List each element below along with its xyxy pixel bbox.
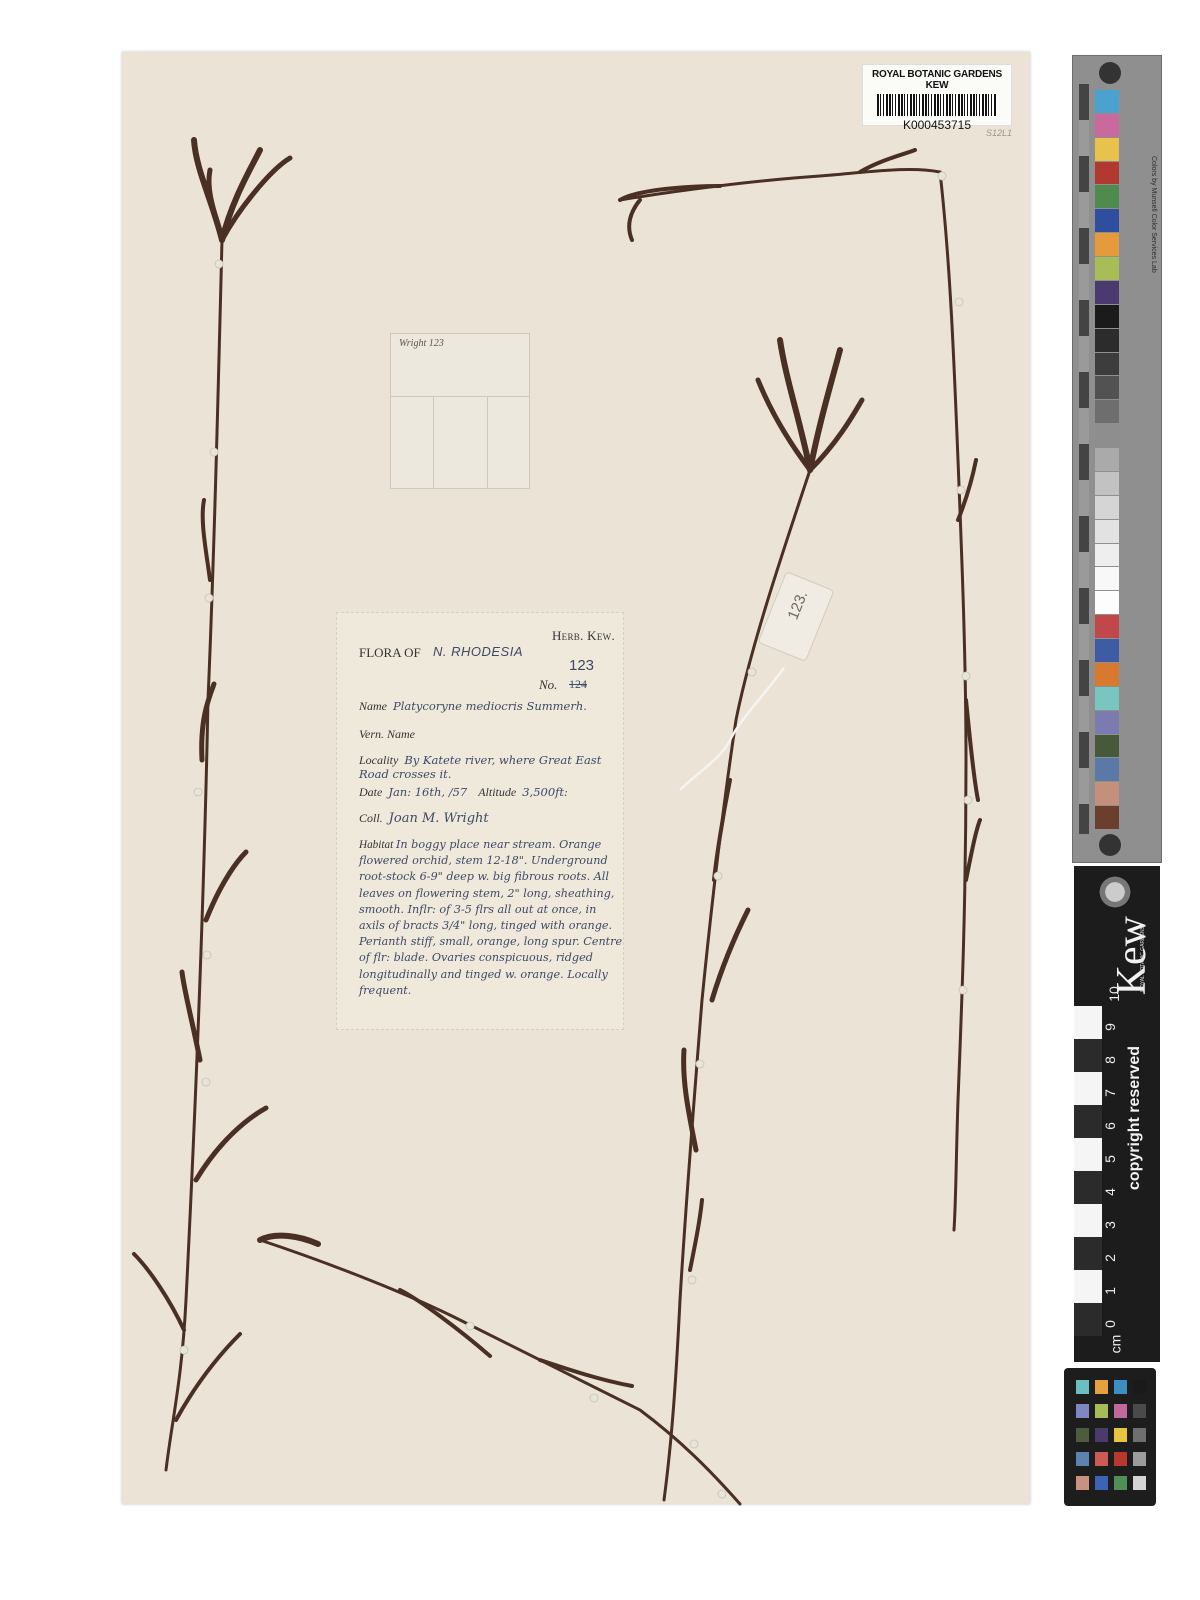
name-value: Platycoryne mediocris Summerh. [393,699,587,713]
color-swatch [1095,663,1119,686]
scale-tick-label: 4 [1102,1188,1118,1196]
habitat-label: Habitat [359,839,393,851]
color-swatch [1095,472,1119,495]
scale-tick-label: 7 [1102,1089,1118,1097]
color-swatch [1095,185,1119,208]
packet-flap: Wright 123 [391,334,529,397]
collector-value: Joan M. Wright [389,811,489,826]
color-swatch [1095,376,1119,399]
name-row: NamePlatycoryne mediocris Summerh. [359,699,587,714]
fragment-packet: Wright 123 [390,333,530,489]
checker-chip [1114,1380,1127,1394]
herb-kew-heading: Herb. Kew. [552,628,615,644]
color-swatch [1095,305,1119,328]
color-swatch [1095,639,1119,662]
color-swatch [1095,353,1119,376]
packet-fold-center [433,396,488,488]
checker-chip [1095,1428,1108,1442]
name-label: Name [359,699,387,713]
packet-note: Wright 123 [399,338,444,349]
scale-unit: cm [1107,1335,1123,1354]
color-swatch [1095,758,1119,781]
color-swatch [1095,281,1119,304]
habitat-value: In boggy place near stream. Orange flowe… [359,838,622,997]
checker-chip [1133,1428,1146,1442]
number-label: No. [539,677,557,693]
checker-chip [1076,1404,1089,1418]
color-swatch [1095,544,1119,567]
institution-name: ROYAL BOTANIC GARDENS KEW [863,69,1011,91]
checker-chip [1095,1380,1108,1394]
altitude-value: 3,500ft: [522,785,568,799]
collection-number-struck: 124 [569,677,587,692]
flora-of-label: FLORA OF [359,645,421,661]
color-swatch [1095,735,1119,758]
color-calibration-bar: Colors by Munsell Color Services Lab [1072,55,1162,863]
checker-chip [1114,1476,1127,1490]
scale-tick-label: 8 [1102,1056,1118,1064]
checker-chip [1114,1452,1127,1466]
color-swatch [1095,257,1119,280]
pencil-annotation: S12L1 [986,128,1012,138]
locality-label: Locality [359,753,398,767]
kew-logo: Kew [1108,916,1156,995]
color-swatch [1095,233,1119,256]
barcode-label: ROYAL BOTANIC GARDENS KEW K000453715 [862,64,1012,126]
color-swatch [1095,806,1119,829]
checker-chip [1133,1476,1146,1490]
ruler-strip [1079,84,1089,834]
color-swatch [1095,520,1119,543]
checker-chip [1114,1428,1127,1442]
vern-name-row: Vern. Name [359,727,421,742]
scale-tick-label: 2 [1102,1254,1118,1262]
checker-chip [1133,1452,1146,1466]
color-swatch [1095,567,1119,590]
color-swatch [1095,591,1119,614]
scale-tick-label: 0 [1102,1320,1118,1328]
altitude-label: Altitude [478,785,516,799]
checker-chip [1076,1452,1089,1466]
tag-number: 123. [785,589,812,622]
checker-chip [1076,1428,1089,1442]
color-swatch [1095,448,1119,471]
color-checker-card [1064,1368,1156,1506]
kew-scale-bar: Kew ROYAL BOTANIC GARDENS copyright rese… [1074,866,1160,1362]
scale-tick-label: 10 [1106,986,1122,1002]
color-swatch [1095,400,1119,423]
packet-fold-left [391,396,434,488]
color-swatch [1095,424,1119,447]
centimeter-scale [1074,1006,1102,1336]
color-swatch [1095,711,1119,734]
scale-tick-label: 3 [1102,1221,1118,1229]
color-swatch [1095,209,1119,232]
collector-row: Coll.Joan M. Wright [359,811,489,826]
date-row: DateJan: 16th, /57 Altitude3,500ft: [359,785,568,800]
color-swatch [1095,615,1119,638]
checker-chip [1076,1476,1089,1490]
checker-chip [1095,1452,1108,1466]
kew-subtitle: ROYAL BOTANIC GARDENS [1140,926,1146,992]
registration-dot-bottom [1099,834,1121,856]
locality-row: LocalityBy Katete river, where Great Eas… [359,753,621,781]
scale-tick-label: 5 [1102,1155,1118,1163]
barcode-icon [877,94,997,116]
collector-label: Coll. [359,811,383,825]
checker-chip [1133,1380,1146,1394]
vern-name-label: Vern. Name [359,727,415,741]
color-swatch [1095,138,1119,161]
herbarium-label: Herb. Kew. FLORA OF N. RHODESIA 123 No. … [336,612,624,1030]
date-label: Date [359,785,382,799]
crest-icon [1094,874,1136,910]
collection-number: 123 [569,657,594,674]
habitat-block: Habitat In boggy place near stream. Oran… [359,837,623,999]
checker-chip [1095,1476,1108,1490]
checker-chip [1114,1404,1127,1418]
color-swatch [1095,90,1119,113]
scale-tick-label: 9 [1102,1023,1118,1031]
date-value: Jan: 16th, /57 [388,785,467,799]
checker-chip [1133,1404,1146,1418]
color-swatch [1095,496,1119,519]
registration-dot-top [1099,62,1121,84]
region-value: N. RHODESIA [433,644,523,659]
checker-chip [1076,1380,1089,1394]
color-swatch [1095,782,1119,805]
color-swatch [1095,114,1119,137]
color-swatch [1095,687,1119,710]
color-swatch [1095,162,1119,185]
scale-tick-label: 6 [1102,1122,1118,1130]
checker-chip [1095,1404,1108,1418]
scale-tick-label: 1 [1102,1287,1118,1295]
copyright-notice: copyright reserved [1126,1046,1144,1190]
color-swatch [1095,329,1119,352]
color-bar-credit: Colors by Munsell Color Services Lab [1150,156,1157,273]
